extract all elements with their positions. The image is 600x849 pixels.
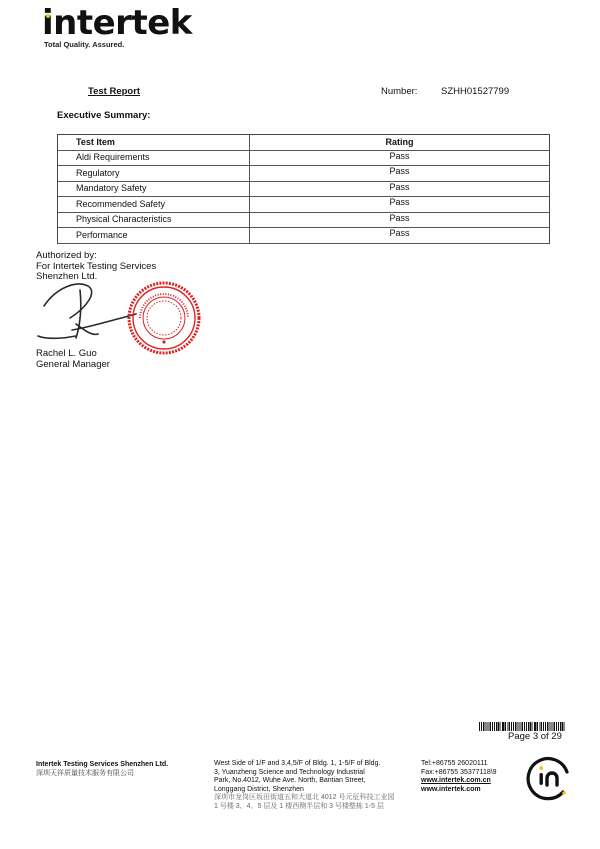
rating-cell: Pass	[250, 181, 550, 197]
rating-cell: Pass	[250, 166, 550, 182]
table-row: Recommended Safety Pass	[58, 197, 550, 213]
address-line: West Side of 1/F and 3,4,5/F of Bldg. 1,…	[214, 760, 419, 769]
test-item-cell: Physical Characteristics	[58, 212, 250, 228]
website-cn-link[interactable]: www.intertek.com.cn	[421, 777, 497, 786]
table-header-row: Test Item Rating	[58, 135, 550, 151]
rating-cell: Pass	[250, 228, 550, 244]
fax: Fax:+86755 35377118\9	[421, 769, 497, 778]
table-row: Aldi Requirements Pass	[58, 150, 550, 166]
telephone: Tel:+86755 26020111	[421, 760, 497, 769]
page-number: Page 3 of 29	[508, 731, 562, 742]
test-item-cell: Recommended Safety	[58, 197, 250, 213]
address-line: 3, Yuanzheng Science and Technology Indu…	[214, 769, 419, 778]
website-link[interactable]: www.intertek.com	[421, 786, 497, 795]
company-name-cn: 深圳天祥质量技术服务有限公司	[36, 769, 168, 778]
address-line-cn: 深圳市龙岗区坂田街道五和大道北 4012 号元征科技工业园	[214, 794, 419, 803]
report-number: SZHH01527799	[441, 86, 509, 97]
address-line: Park, No.4012, Wuhe Ave. North, Bantian …	[214, 777, 419, 786]
signer-title: General Manager	[36, 360, 110, 371]
column-header-test-item: Test Item	[58, 135, 250, 151]
footer-contact: Tel:+86755 26020111 Fax:+86755 35377118\…	[421, 760, 497, 794]
intertek-in-logo-icon	[523, 752, 573, 802]
report-number-label: Number:	[381, 86, 417, 97]
company-name-en: Intertek Testing Services Shenzhen Ltd.	[36, 761, 168, 768]
rating-cell: Pass	[250, 212, 550, 228]
table-row: Mandatory Safety Pass	[58, 181, 550, 197]
logo-accent-dot	[46, 14, 50, 18]
test-item-cell: Performance	[58, 228, 250, 244]
executive-summary-table: Test Item Rating Aldi Requirements Pass …	[57, 134, 550, 244]
rating-cell: Pass	[250, 150, 550, 166]
signer-name: Rachel L. Guo	[36, 349, 110, 360]
table-row: Physical Characteristics Pass	[58, 212, 550, 228]
test-item-cell: Mandatory Safety	[58, 181, 250, 197]
report-title: Test Report	[88, 86, 140, 97]
test-item-cell: Aldi Requirements	[58, 150, 250, 166]
rating-cell: Pass	[250, 197, 550, 213]
authorized-by-label: Authorized by:	[36, 251, 156, 262]
barcode-icon	[479, 722, 565, 731]
column-header-rating: Rating	[250, 135, 550, 151]
logo-tagline: Total Quality. Assured.	[44, 40, 124, 49]
executive-summary-heading: Executive Summary:	[57, 110, 150, 121]
table-row: Regulatory Pass	[58, 166, 550, 182]
test-item-cell: Regulatory	[58, 166, 250, 182]
footer-address: West Side of 1/F and 3,4,5/F of Bldg. 1,…	[214, 760, 419, 812]
footer-company: Intertek Testing Services Shenzhen Ltd. …	[36, 760, 168, 778]
intertek-logo: intertek	[42, 6, 192, 40]
company-seal-icon	[126, 280, 202, 356]
table-row: Performance Pass	[58, 228, 550, 244]
signer-block: Rachel L. Guo General Manager	[36, 349, 110, 370]
address-line-cn: 1 号楼 3、4、5 层及 1 楼西侧半层和 3 号楼整栋 1-5 层	[214, 803, 419, 812]
